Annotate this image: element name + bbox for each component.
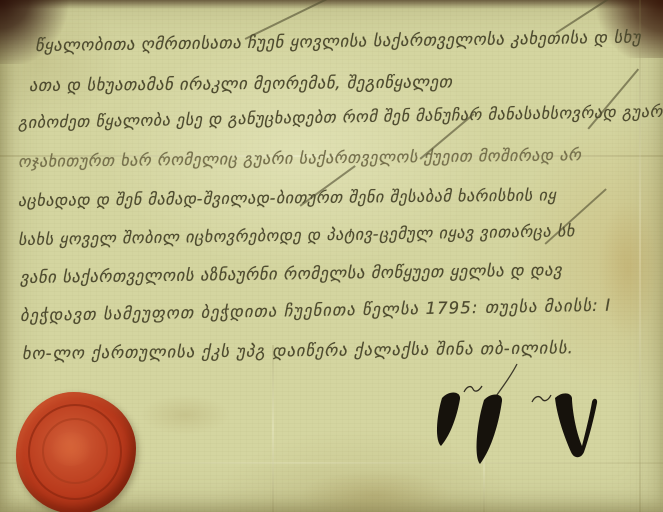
manuscript-line-4: ოჯახითურთ ხარ რომელიც გუარი საქართველოს … <box>18 145 582 171</box>
red-wax-seal <box>16 392 136 512</box>
manuscript-line-7: ვანი საქართველოის აზნაურნი რომელსა მოწყუ… <box>20 260 562 287</box>
manuscript-page: წყალობითა ღმრთისათა ჩუენ ყოვლისა საქართვ… <box>0 0 663 512</box>
royal-signature <box>420 356 625 468</box>
manuscript-line-8: ბეჭდავთ სამეუფოთ ბეჭდითა ჩუენითა წელსა 1… <box>20 296 612 325</box>
wax-seal-highlight <box>50 432 92 466</box>
manuscript-line-2: ათა დ სხუათამან ირაკლი მეორემან, შეგიწყა… <box>29 72 453 95</box>
signature-squiggle <box>532 395 551 402</box>
manuscript-line-1: წყალობითა ღმრთისათა ჩუენ ყოვლისა საქართვ… <box>35 28 641 55</box>
manuscript-line-5: აცხადად დ შენ მამად-შვილად-ბითურთ შენი შ… <box>18 185 556 210</box>
signature-stroke <box>477 394 503 464</box>
signature-squiggle <box>464 386 482 392</box>
manuscript-line-3: გიბოძეთ წყალობა ესე დ განუცხადებთ რომ შე… <box>18 102 663 132</box>
signature-stroke <box>555 393 597 457</box>
signature-stroke <box>437 392 460 446</box>
manuscript-line-6: სახს ყოველ შობილ იცხოვრებოდე დ პატივ-ცემ… <box>18 221 575 249</box>
